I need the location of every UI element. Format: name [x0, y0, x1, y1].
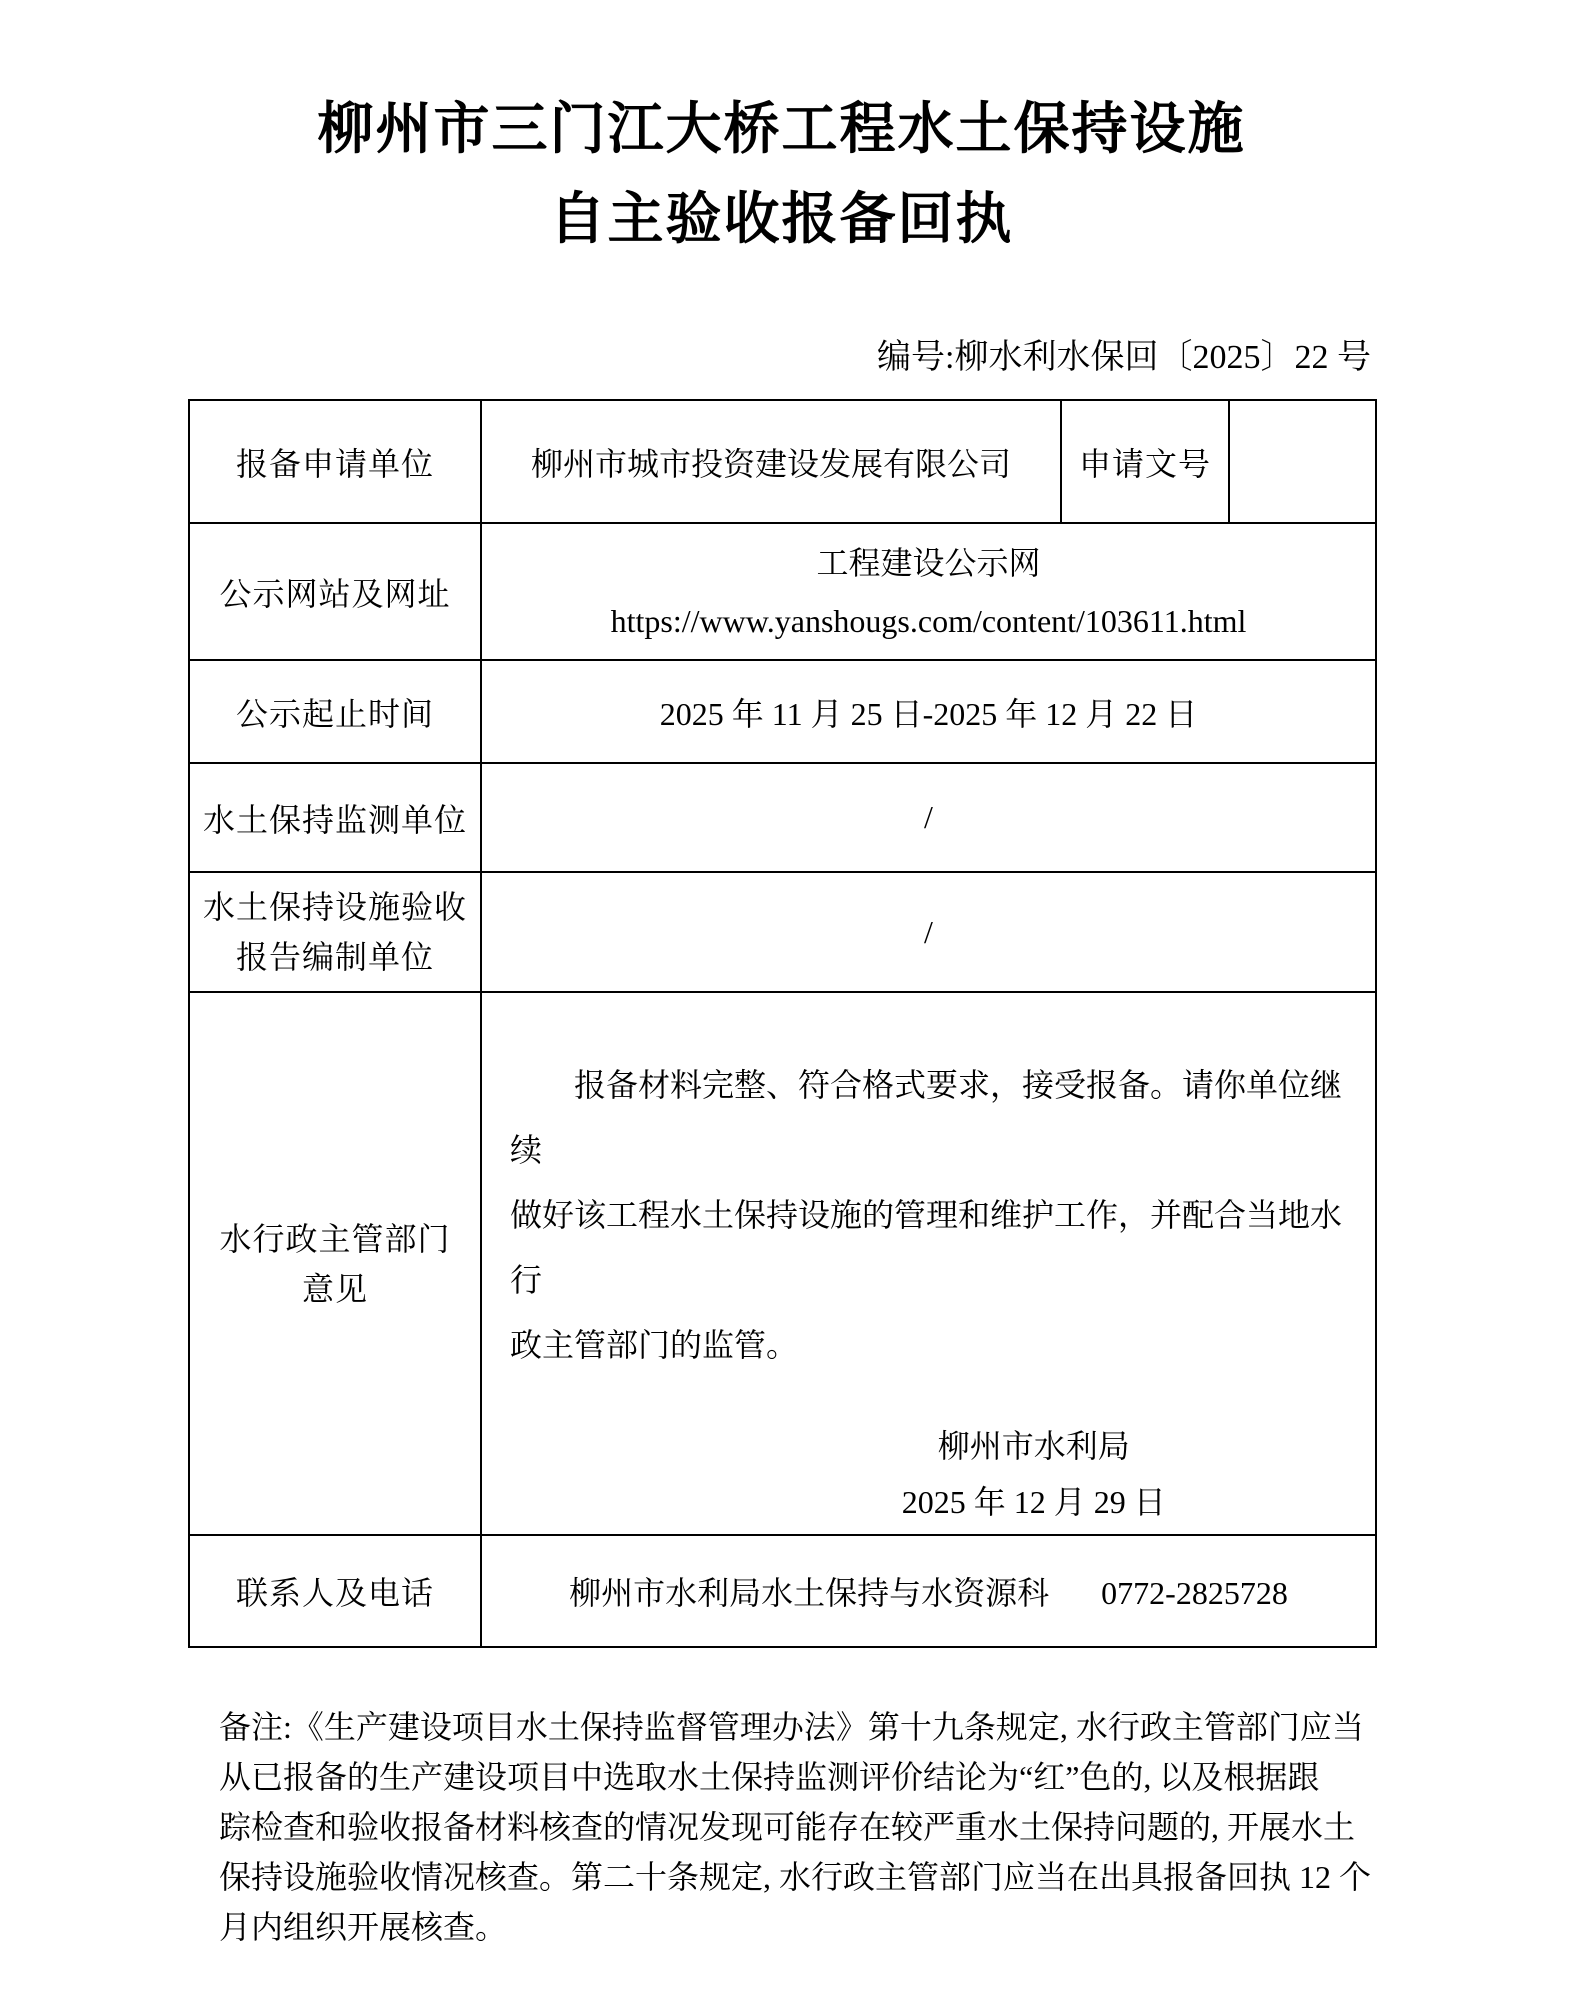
footer-note-line2: 从已报备的生产建设项目中选取水土保持监测评价结论为“红”色的, 以及根据跟	[219, 1752, 1375, 1802]
website-value: 工程建设公示网 https://www.yanshougs.com/conten…	[481, 523, 1376, 660]
opinion-para-line1: 报备材料完整、符合格式要求，接受报备。请你单位继续	[510, 1053, 1357, 1183]
footer-note-line1: 备注:《生产建设项目水土保持监督管理办法》第十九条规定, 水行政主管部门应当	[219, 1702, 1375, 1752]
opinion-label: 水行政主管部门 意见	[189, 992, 481, 1535]
row-opinion: 水行政主管部门 意见 报备材料完整、符合格式要求，接受报备。请你单位继续 做好该…	[189, 992, 1376, 1535]
contact-label: 联系人及电话	[189, 1535, 481, 1647]
row-report-unit: 水土保持设施验收 报告编制单位 /	[189, 872, 1376, 992]
report-unit-label-line2: 报告编制单位	[198, 932, 472, 982]
row-applicant: 报备申请单位 柳州市城市投资建设发展有限公司 申请文号	[189, 400, 1376, 523]
website-site-name: 工程建设公示网	[490, 534, 1367, 592]
row-contact: 联系人及电话 柳州市水利局水土保持与水资源科0772-2825728	[189, 1535, 1376, 1647]
row-period: 公示起止时间 2025 年 11 月 25 日-2025 年 12 月 22 日	[189, 660, 1376, 763]
page-title-line2: 自主验收报备回执	[188, 175, 1375, 265]
contact-value: 柳州市水利局水土保持与水资源科0772-2825728	[481, 1535, 1376, 1647]
report-unit-value: /	[481, 872, 1376, 992]
applicant-value: 柳州市城市投资建设发展有限公司	[481, 400, 1061, 523]
report-unit-label-line1: 水土保持设施验收	[198, 882, 472, 932]
row-monitor: 水土保持监测单位 /	[189, 763, 1376, 872]
page-title-line1: 柳州市三门江大桥工程水土保持设施	[188, 85, 1375, 175]
row-website: 公示网站及网址 工程建设公示网 https://www.yanshougs.co…	[189, 523, 1376, 660]
page-title: 柳州市三门江大桥工程水土保持设施 自主验收报备回执	[188, 0, 1375, 265]
opinion-para-line3: 政主管部门的监管。	[510, 1313, 1357, 1378]
monitor-value: /	[481, 763, 1376, 872]
doc-no-label: 申请文号	[1061, 400, 1229, 523]
signature-org: 柳州市水利局	[841, 1418, 1227, 1474]
signature-block: 柳州市水利局 2025 年 12 月 29 日	[841, 1418, 1227, 1530]
opinion-label-line1: 水行政主管部门	[198, 1214, 472, 1264]
signature-date: 2025 年 12 月 29 日	[841, 1474, 1227, 1530]
document-page: { "header": { "title_line1": "柳州市三门江大桥工程…	[0, 0, 1587, 2014]
footer-note-line5: 月内组织开展核查。	[219, 1902, 1375, 1952]
opinion-para-line2: 做好该工程水土保持设施的管理和维护工作，并配合当地水行	[510, 1183, 1357, 1313]
doc-no-value	[1229, 400, 1376, 523]
footer-note: 备注:《生产建设项目水土保持监督管理办法》第十九条规定, 水行政主管部门应当 从…	[188, 1702, 1375, 1952]
contact-org: 柳州市水利局水土保持与水资源科	[569, 1575, 1049, 1611]
applicant-label: 报备申请单位	[189, 400, 481, 523]
report-unit-label: 水土保持设施验收 报告编制单位	[189, 872, 481, 992]
opinion-label-line2: 意见	[198, 1264, 472, 1314]
footer-note-line3: 踪检查和验收报备材料核查的情况发现可能存在较严重水土保持问题的, 开展水土	[219, 1802, 1375, 1852]
website-label: 公示网站及网址	[189, 523, 481, 660]
opinion-paragraph: 报备材料完整、符合格式要求，接受报备。请你单位继续 做好该工程水土保持设施的管理…	[490, 1053, 1367, 1378]
doc-number: 编号:柳水利水保回〔2025〕22 号	[188, 337, 1375, 379]
footer-note-line4: 保持设施验收情况核查。第二十条规定, 水行政主管部门应当在出具报备回执 12 个	[219, 1852, 1375, 1902]
period-label: 公示起止时间	[189, 660, 481, 763]
contact-phone: 0772-2825728	[1101, 1575, 1288, 1611]
document-content: 柳州市三门江大桥工程水土保持设施 自主验收报备回执 编号:柳水利水保回〔2025…	[188, 0, 1375, 1952]
opinion-content: 报备材料完整、符合格式要求，接受报备。请你单位继续 做好该工程水土保持设施的管理…	[481, 992, 1376, 1535]
website-url: https://www.yanshougs.com/content/103611…	[490, 592, 1367, 650]
report-form-table: 报备申请单位 柳州市城市投资建设发展有限公司 申请文号 公示网站及网址 工程建设…	[188, 399, 1377, 1648]
monitor-label: 水土保持监测单位	[189, 763, 481, 872]
period-value: 2025 年 11 月 25 日-2025 年 12 月 22 日	[481, 660, 1376, 763]
